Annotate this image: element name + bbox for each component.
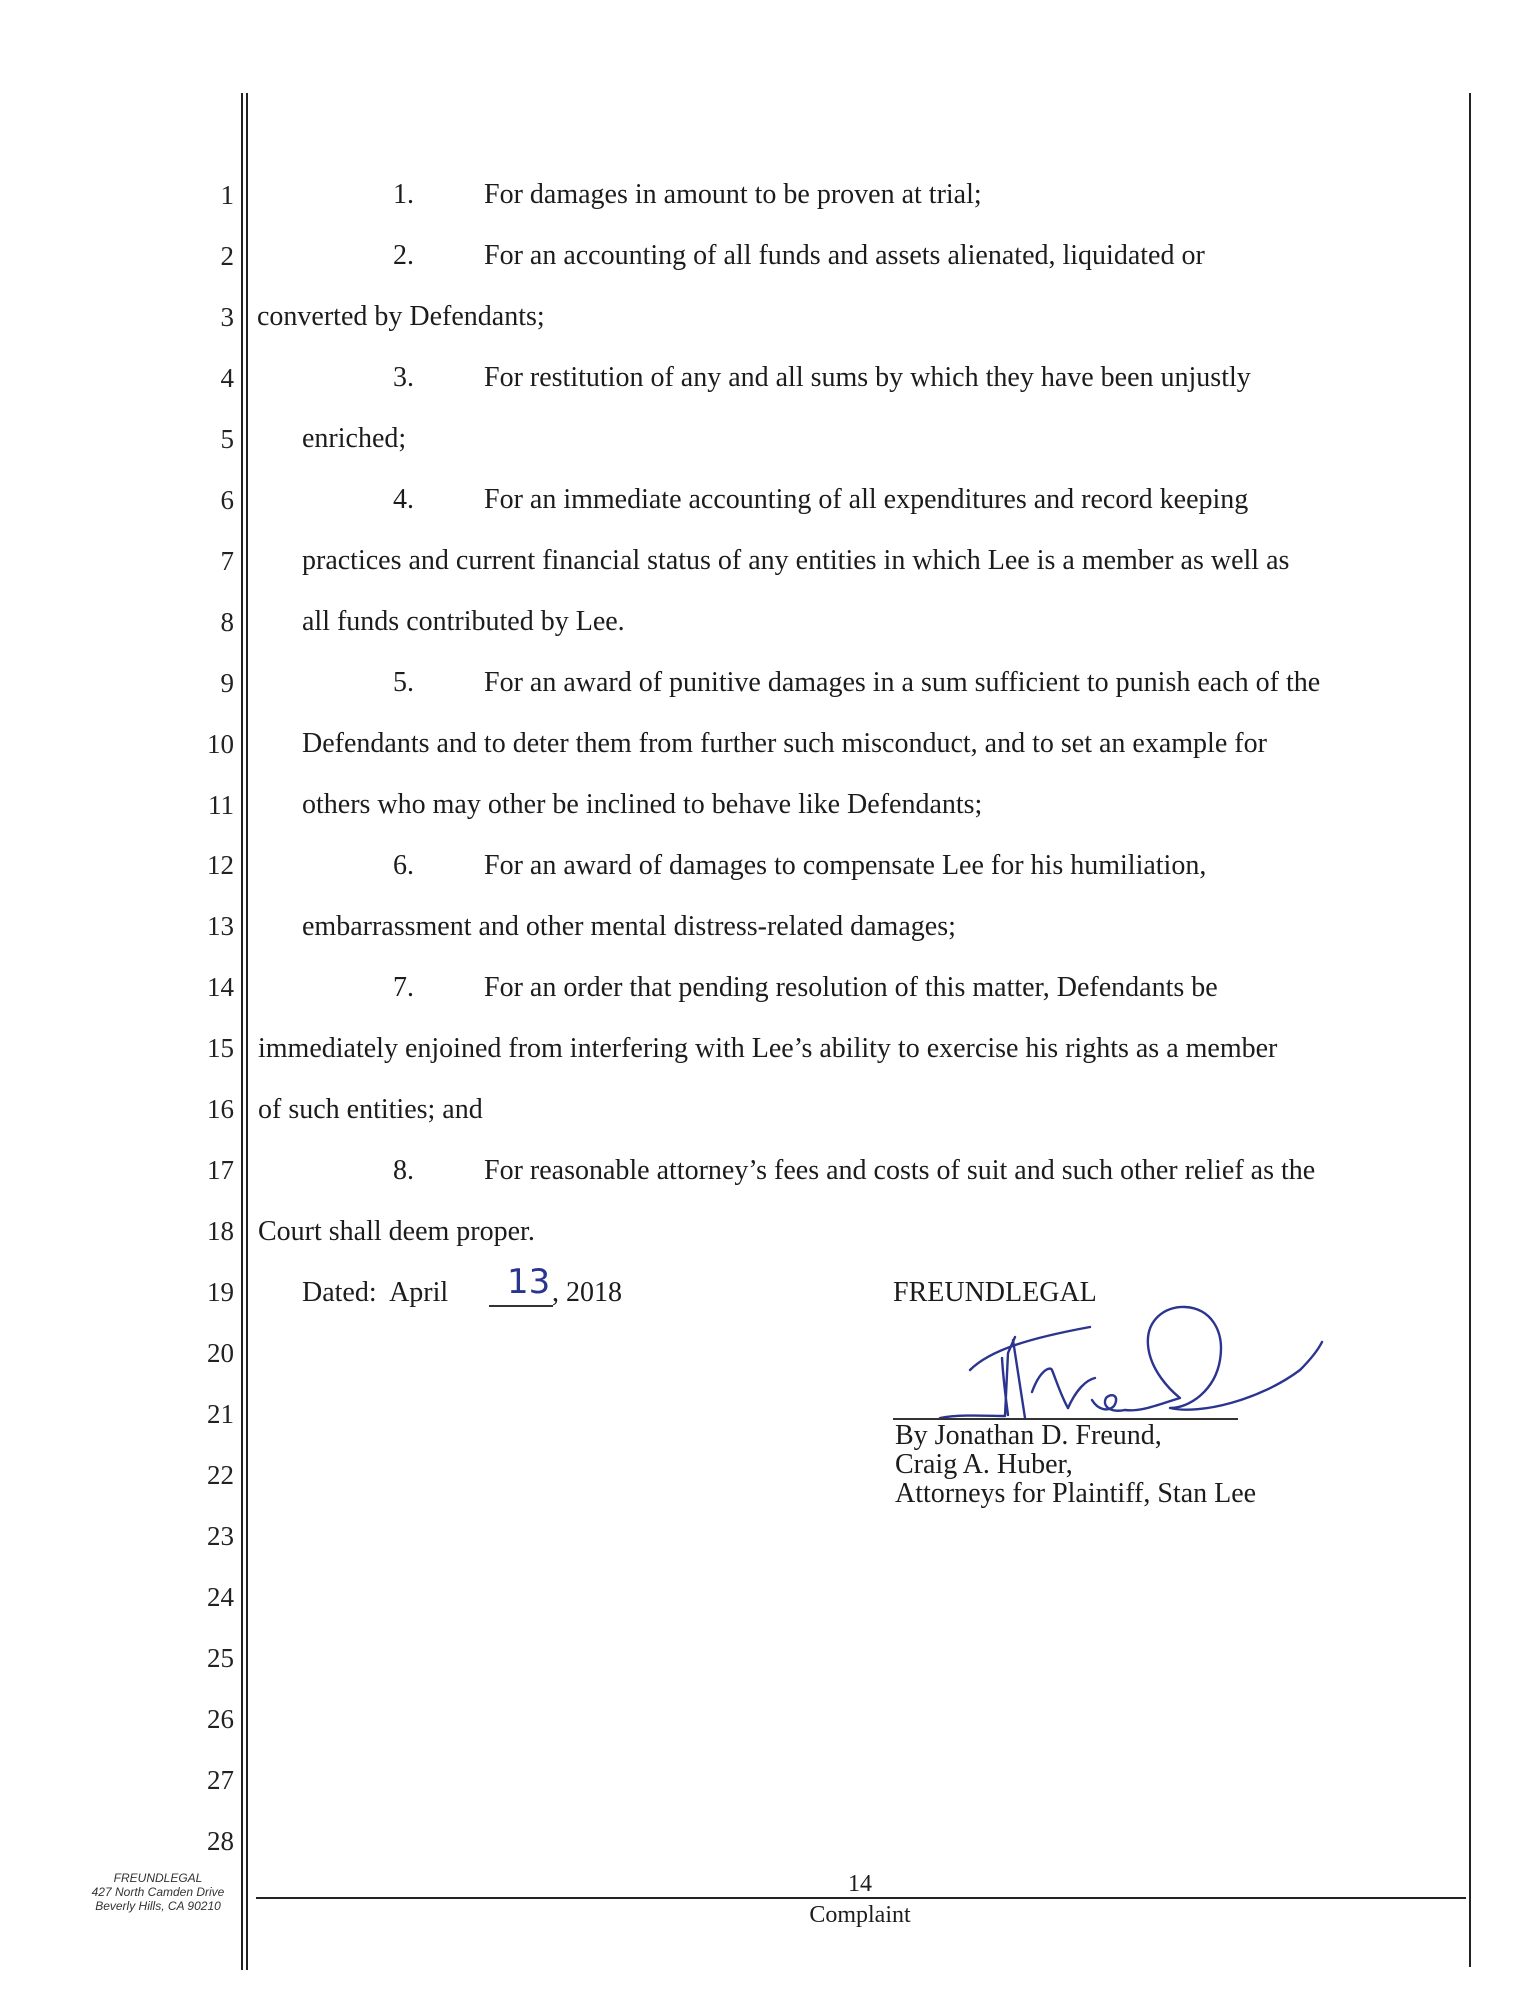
- item-text: For an award of punitive damages in a su…: [484, 666, 1320, 700]
- line-number: 2: [190, 239, 234, 273]
- item-text: Defendants and to deter them from furthe…: [302, 727, 1267, 761]
- dated-prefix: Dated: April: [302, 1276, 448, 1310]
- item-number: 2.: [393, 239, 414, 273]
- line-number: 8: [190, 605, 234, 639]
- signer-line-1: By Jonathan D. Freund,: [895, 1421, 1162, 1450]
- signer-line-2: Craig A. Huber,: [895, 1450, 1073, 1479]
- line-number: 12: [190, 848, 234, 882]
- footer-rule: [256, 1897, 1466, 1899]
- line-number: 27: [190, 1763, 234, 1797]
- line-number: 28: [190, 1824, 234, 1858]
- item-text: For reasonable attorney’s fees and costs…: [484, 1154, 1315, 1188]
- item-text: converted by Defendants;: [257, 300, 545, 334]
- left-margin-rule-outer: [241, 93, 243, 1970]
- line-number: 19: [190, 1275, 234, 1309]
- line-number: 5: [190, 422, 234, 456]
- item-number: 4.: [393, 483, 414, 517]
- line-number: 14: [190, 970, 234, 1004]
- line-number: 20: [190, 1336, 234, 1370]
- right-margin-rule: [1469, 93, 1471, 1967]
- item-text: immediately enjoined from interfering wi…: [258, 1032, 1277, 1066]
- page-number: 14: [760, 1871, 960, 1897]
- line-number: 22: [190, 1458, 234, 1492]
- date-blank-underline: [489, 1305, 553, 1307]
- footer-firm-name: FREUNDLEGAL: [70, 1871, 246, 1885]
- line-number: 15: [190, 1031, 234, 1065]
- item-text: For damages in amount to be proven at tr…: [484, 178, 982, 212]
- item-number: 1.: [393, 178, 414, 212]
- line-number: 1: [190, 178, 234, 212]
- line-number: 18: [190, 1214, 234, 1248]
- line-number: 17: [190, 1153, 234, 1187]
- line-number: 6: [190, 483, 234, 517]
- line-number: 16: [190, 1092, 234, 1126]
- item-text: For an immediate accounting of all expen…: [484, 483, 1248, 517]
- line-number: 11: [190, 788, 234, 822]
- item-number: 8.: [393, 1154, 414, 1188]
- item-number: 6.: [393, 849, 414, 883]
- item-text: Court shall deem proper.: [258, 1215, 535, 1249]
- footer-address-line-2: Beverly Hills, CA 90210: [70, 1899, 246, 1913]
- item-number: 3.: [393, 361, 414, 395]
- line-number: 26: [190, 1702, 234, 1736]
- line-number: 10: [190, 727, 234, 761]
- document-title: Complaint: [760, 1902, 960, 1928]
- line-number: 4: [190, 361, 234, 395]
- item-text: For an award of damages to compensate Le…: [484, 849, 1206, 883]
- item-number: 7.: [393, 971, 414, 1005]
- signature-icon: [880, 1300, 1340, 1425]
- line-number: 24: [190, 1580, 234, 1614]
- line-number: 13: [190, 909, 234, 943]
- line-number: 21: [190, 1397, 234, 1431]
- item-text: embarrassment and other mental distress-…: [302, 910, 956, 944]
- line-number: 23: [190, 1519, 234, 1553]
- item-text: all funds contributed by Lee.: [302, 605, 625, 639]
- line-number: 3: [190, 300, 234, 334]
- item-text: For an accounting of all funds and asset…: [484, 239, 1205, 273]
- item-text: For an order that pending resolution of …: [484, 971, 1218, 1005]
- line-number: 25: [190, 1641, 234, 1675]
- signer-line-3: Attorneys for Plaintiff, Stan Lee: [895, 1479, 1256, 1508]
- item-text: practices and current financial status o…: [302, 544, 1289, 578]
- item-text: For restitution of any and all sums by w…: [484, 361, 1251, 395]
- item-text: enriched;: [302, 422, 406, 456]
- dated-suffix: , 2018: [552, 1276, 622, 1310]
- item-text: others who may other be inclined to beha…: [302, 788, 982, 822]
- item-text: of such entities; and: [258, 1093, 483, 1127]
- line-number: 9: [190, 666, 234, 700]
- handwritten-day: 13: [507, 1262, 550, 1302]
- item-number: 5.: [393, 666, 414, 700]
- left-margin-rule-inner: [246, 93, 248, 1970]
- footer-address-line-1: 427 North Camden Drive: [70, 1885, 246, 1899]
- line-number: 7: [190, 544, 234, 578]
